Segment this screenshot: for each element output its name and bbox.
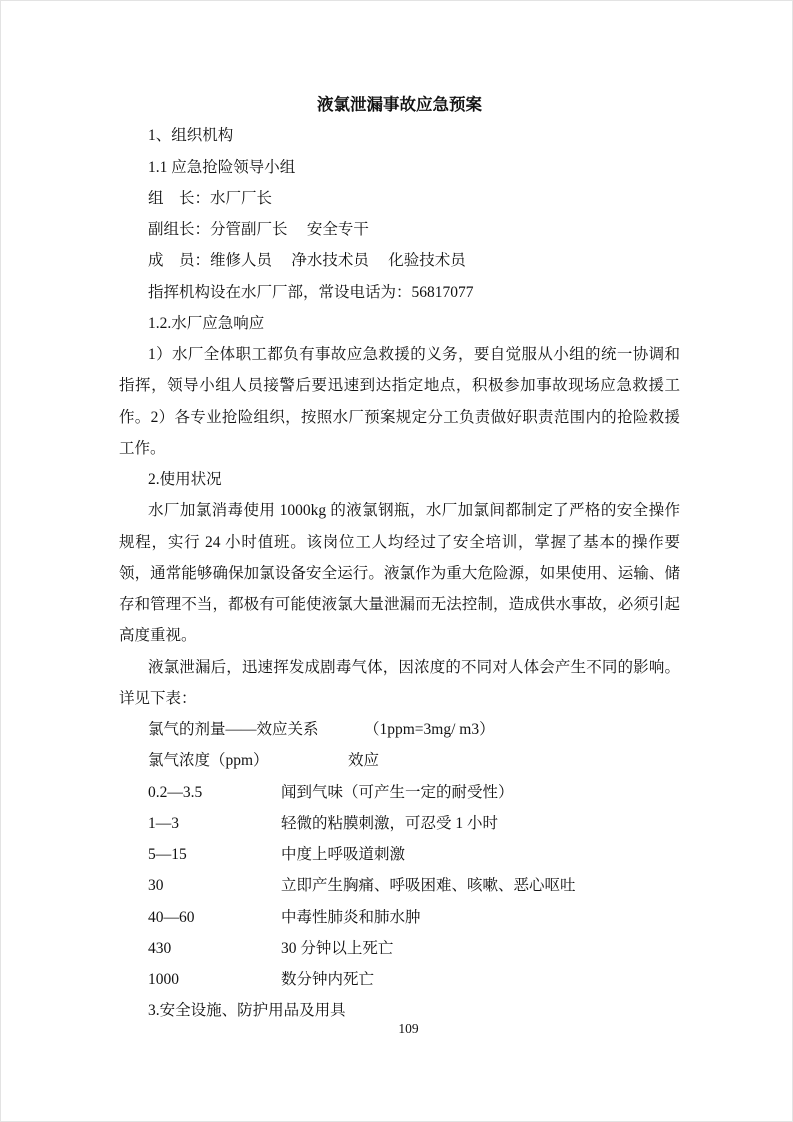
page-number: 109 xyxy=(1,1021,792,1037)
paragraph-response-duties: 1）水厂全体职工都负有事故应急救援的义务，要自觉服从小组的统一协调和指挥，领导小… xyxy=(119,339,680,464)
cell-effect: 数分钟内死亡 xyxy=(281,964,374,995)
heading-usage-status: 2.使用状况 xyxy=(119,464,680,495)
table-row: 0.2—3.5 闻到气味（可产生一定的耐受性） xyxy=(119,777,680,808)
subheading-emergency-leadership-group: 1.1 应急抢险领导小组 xyxy=(119,152,680,183)
cell-concentration: 5—15 xyxy=(148,839,281,870)
cell-effect: 30 分钟以上死亡 xyxy=(281,933,393,964)
document-title: 液氯泄漏事故应急预案 xyxy=(119,89,680,120)
table-row: 5—15 中度上呼吸道刺激 xyxy=(119,839,680,870)
dose-table-caption-unit: （1ppm=3mg/ m3） xyxy=(364,714,495,745)
cell-effect: 轻微的粘膜刺激，可忍受 1 小时 xyxy=(281,808,498,839)
column-header-concentration: 氯气浓度（ppm） xyxy=(148,745,348,776)
heading-organization: 1、组织机构 xyxy=(119,120,680,151)
table-row: 1000 数分钟内死亡 xyxy=(119,964,680,995)
cell-concentration: 30 xyxy=(148,870,281,901)
cell-effect: 中度上呼吸道刺激 xyxy=(281,839,405,870)
line-members: 成 员：维修人员 净水技术员 化验技术员 xyxy=(119,245,680,276)
table-row: 40—60 中毒性肺炎和肺水肿 xyxy=(119,902,680,933)
cell-concentration: 40—60 xyxy=(148,902,281,933)
cell-effect: 闻到气味（可产生一定的耐受性） xyxy=(281,777,514,808)
cell-concentration: 1—3 xyxy=(148,808,281,839)
cell-effect: 中毒性肺炎和肺水肿 xyxy=(281,902,421,933)
cell-concentration: 1000 xyxy=(148,964,281,995)
document-body: 液氯泄漏事故应急预案 1、组织机构 1.1 应急抢险领导小组 组 长：水厂厂长 … xyxy=(119,89,680,1027)
line-deputy-leaders: 副组长：分管副厂长 安全专干 xyxy=(119,214,680,245)
cell-concentration: 0.2—3.5 xyxy=(148,777,281,808)
column-header-effect: 效应 xyxy=(348,745,379,776)
dose-table-caption: 氯气的剂量——效应关系 （1ppm=3mg/ m3） xyxy=(119,714,680,745)
table-row: 1—3 轻微的粘膜刺激，可忍受 1 小时 xyxy=(119,808,680,839)
subheading-plant-emergency-response: 1.2.水厂应急响应 xyxy=(119,308,680,339)
dose-table-caption-title: 氯气的剂量——效应关系 xyxy=(148,714,364,745)
line-command-location-phone: 指挥机构设在水厂厂部，常设电话为：56817077 xyxy=(119,277,680,308)
document-page: 液氯泄漏事故应急预案 1、组织机构 1.1 应急抢险领导小组 组 长：水厂厂长 … xyxy=(0,0,793,1122)
paragraph-leak-effects-intro: 液氯泄漏后，迅速挥发成剧毒气体，因浓度的不同对人体会产生不同的影响。详见下表： xyxy=(119,652,680,715)
line-group-leader: 组 长：水厂厂长 xyxy=(119,183,680,214)
cell-concentration: 430 xyxy=(148,933,281,964)
dose-table-header: 氯气浓度（ppm） 效应 xyxy=(119,745,680,776)
paragraph-chlorine-usage: 水厂加氯消毒使用 1000kg 的液氯钢瓶，水厂加氯间都制定了严格的安全操作规程… xyxy=(119,495,680,651)
cell-effect: 立即产生胸痛、呼吸困难、咳嗽、恶心呕吐 xyxy=(281,870,576,901)
table-row: 30 立即产生胸痛、呼吸困难、咳嗽、恶心呕吐 xyxy=(119,870,680,901)
table-row: 430 30 分钟以上死亡 xyxy=(119,933,680,964)
